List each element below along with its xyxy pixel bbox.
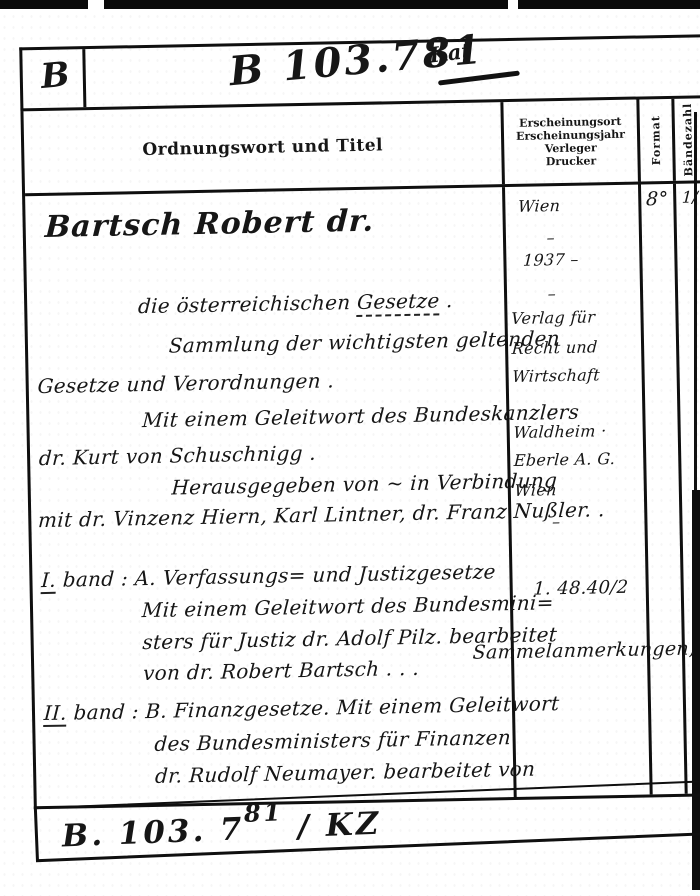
author-line: Bartsch Robert dr.: [44, 204, 375, 245]
publication-line: Wien: [518, 196, 561, 216]
class-letter-cell: B: [22, 49, 86, 108]
publication-line: Wien: [514, 480, 557, 500]
publication-line: –: [552, 512, 561, 531]
kat-annotation: Kat: [428, 38, 472, 68]
header-publication-line: Verleger: [545, 141, 597, 155]
volumes-value: 1/: [681, 187, 698, 206]
call-number: 1. 48.40/2: [533, 577, 629, 600]
header-ordnungswort: Ordnungswort und Titel: [23, 102, 504, 193]
table-body-row: Bartsch Robert dr. die österreichischen …: [25, 183, 700, 806]
publication-line: –: [549, 398, 558, 417]
publication-line: Waldheim ·: [513, 421, 607, 442]
foreword-line: dr. Kurt von Schuschnigg .: [38, 441, 316, 470]
publication-line: Eberle A. G.: [513, 449, 615, 470]
publication-line: –: [547, 284, 556, 303]
title-line: die österreichischen Gesetze .: [137, 288, 453, 318]
scan-edge-gap: [508, 0, 518, 9]
header-volumes: Bändezahl: [674, 98, 700, 180]
title-underlined-word: Gesetze: [356, 288, 440, 317]
publication-line: –: [546, 228, 555, 247]
format-value: 8°: [645, 188, 668, 210]
publication-line: Recht und: [511, 337, 598, 358]
header-publication: Erscheinungsort Erscheinungsjahr Verlege…: [503, 99, 641, 184]
header-publication-line: Erscheinungsjahr: [516, 128, 625, 143]
subtitle-line: Gesetze und Verordnungen .: [37, 368, 335, 398]
volume2-line: dr. Rudolf Neumayer. bearbeitet von: [154, 757, 535, 788]
shelfmark-cell: B 103.781 Kat: [85, 37, 700, 107]
bottom-shelfmark-superscript: 81: [243, 797, 284, 828]
header-format-label: Format: [649, 115, 663, 165]
publication-line: Wirtschaft: [512, 365, 601, 386]
entry-column: Bartsch Robert dr. die österreichischen …: [25, 187, 517, 806]
publication-column: Wien – 1937 – – Verlag für Recht und Wir…: [505, 184, 653, 796]
volume2-line: des Bundesministers für Finanzen: [154, 725, 512, 756]
subtitle-line: Sammlung der wichtigsten geltenden: [168, 326, 560, 358]
volume1-line: von dr. Robert Bartsch . . .: [143, 656, 420, 685]
catalog-table: Ordnungswort und Titel Erscheinungsort E…: [20, 98, 700, 809]
header-volumes-label: Bändezahl: [681, 103, 695, 177]
volume1-line: Mit einem Geleitwort des Bundesmini=: [141, 590, 554, 622]
scan-edge-bar-top: [0, 0, 700, 9]
publication-line: 1937 –: [523, 250, 580, 270]
volume2-heading: II. band : B. Finanzgesetze. Mit einem G…: [43, 691, 560, 725]
bottom-shelfmark-handwriting: B. 103. 781 / KZ: [61, 799, 382, 854]
editor-line: Herausgegeben von ~ in Verbindung: [171, 468, 558, 499]
scanned-catalog-card-page: { "top_strip": { "class_letter": "B", "s…: [0, 0, 700, 896]
volume1-heading: I. band : A. Verfassungs= und Justizgese…: [41, 559, 497, 592]
header-publication-line: Drucker: [546, 154, 597, 168]
table-header-row: Ordnungswort und Titel Erscheinungsort E…: [23, 98, 700, 196]
header-format: Format: [639, 99, 676, 182]
class-letter-handwriting: B: [39, 55, 71, 97]
catalog-card: B B 103.781 Kat Ordnungswort und Titel E…: [19, 34, 700, 862]
publication-line: Verlag für: [511, 307, 596, 328]
scan-edge-gap: [88, 0, 104, 9]
